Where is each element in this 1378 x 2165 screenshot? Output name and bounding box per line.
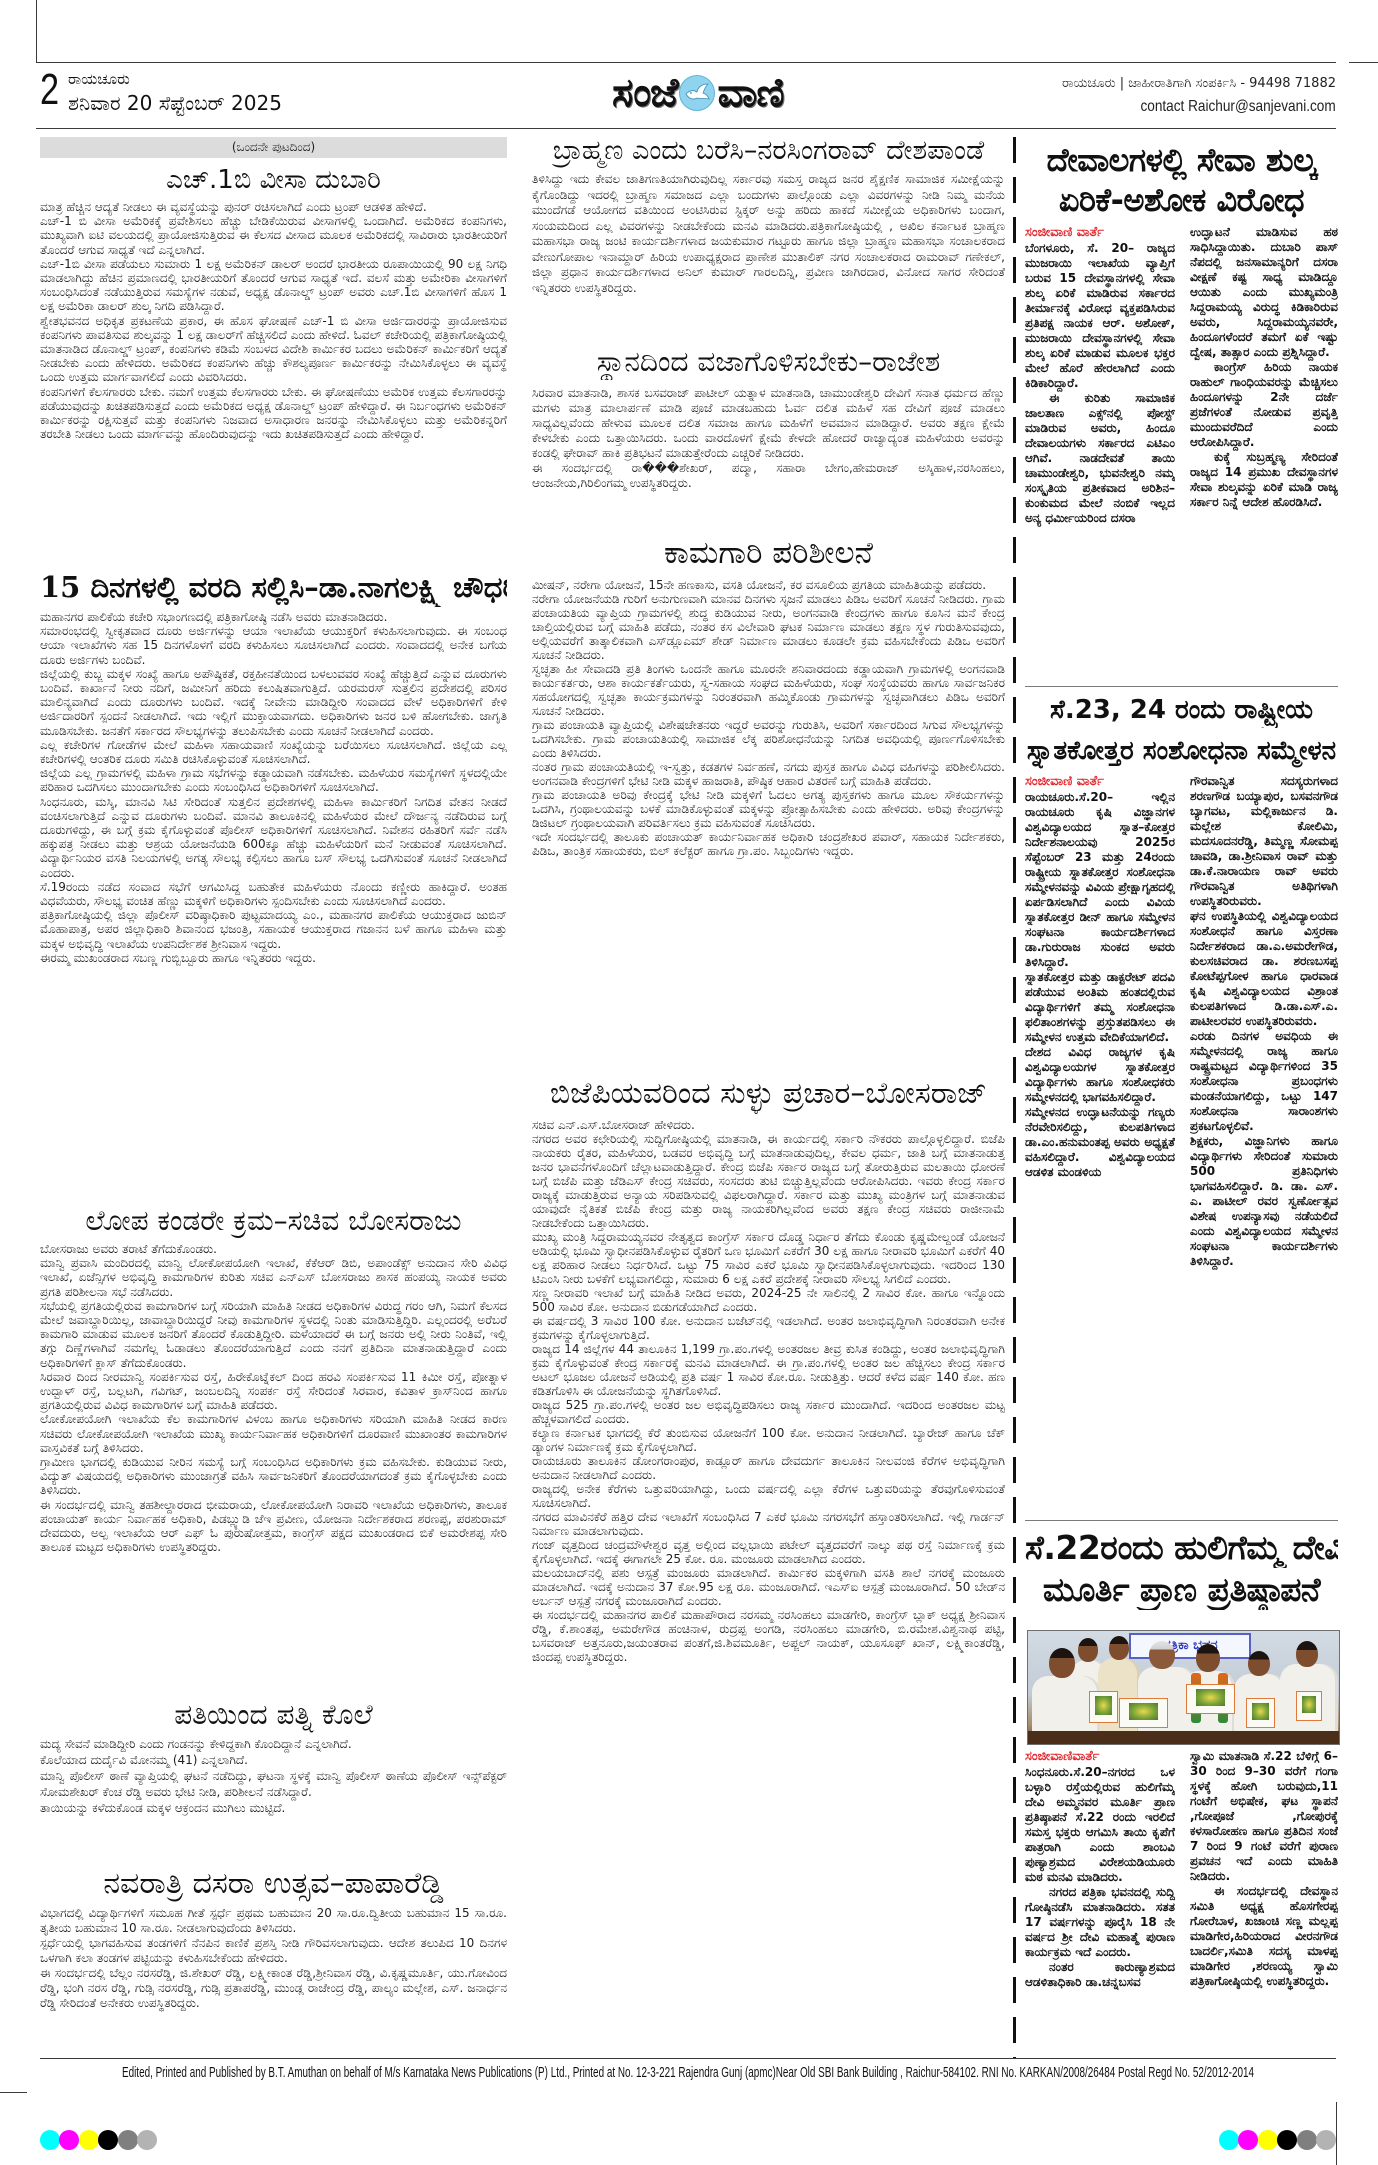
paragraph: ನಗರದ ಪತ್ರಿಕಾ ಭವನದಲ್ಲಿ ಸುದ್ದಿ ಗೋಷ್ಠಿನಡೆಸಿ…	[1025, 1885, 1175, 1960]
paragraph: ರಾಜ್ಯದ 14 ಜಿಲ್ಲೆಗಳ 44 ತಾಲೂಕಿನ 1,199 ಗ್ರಾ…	[532, 1342, 1005, 1398]
article-body-col-2: ಉದ್ಘಾಟನೆ ಮಾಡಿಸುವ ಹಠ ಸಾಧಿಸಿದ್ದಾಯಿತು. ದುಬಾ…	[1190, 225, 1338, 671]
top-rule	[36, 62, 1336, 63]
poster	[1089, 1691, 1118, 1723]
paragraph: ಕಲ್ಯಾಣ ಕರ್ನಾಟಕ ಭಾಗದಲ್ಲಿ ಕೆರೆ ತುಂಬಿಸುವ ಯೋ…	[532, 1426, 1005, 1454]
registration-dot-gray	[118, 2130, 138, 2150]
paragraph: ಮಾನ್ವಿ ಪ್ರವಾಸಿ ಮಂದಿರದಲ್ಲಿ ಮಾನ್ವಿ ಲೋಕೋಪಯೋ…	[40, 1256, 507, 1299]
registration-dot-black	[98, 2130, 118, 2150]
continued-from-page-one-bar: (ಒಂದನೇ ಪುಟದಿಂದ)	[40, 137, 507, 158]
paragraph: ಕಂಪನಿಗಳಿಗೆ ಕೆಲಸಗಾರರು ಬೇಕು. ನಮಗೆ ಉತ್ತಮ ಕೆ…	[40, 385, 507, 442]
paragraph: ಈ ಸಂದರ್ಭದಲ್ಲಿ ರಾ���ಶೇಖರ್, ಪದ್ಮಾ, ಸಹಾರಾ ಬ…	[532, 461, 1005, 491]
paragraph: ಸ್ನಾತಕೋತ್ತರ ಮತ್ತು ಡಾಕ್ಟರೇಟ್ ಪದವಿ ಪಡೆಯುವ …	[1025, 970, 1175, 1045]
article-headline-line-2: ಸ್ನಾತಕೋತ್ತರ ಸಂಶೋಧನಾ ಸಮ್ಮೇಳನ	[1025, 733, 1338, 769]
registration-dot-cyan	[1219, 2130, 1239, 2150]
paragraph: ವಿಭಾಗದಲ್ಲಿ ವಿದ್ಯಾರ್ಥಿಗಳಿಗೆ ಸಮೂಹ ಗೀತೆ ಸ್ಪ…	[40, 1906, 507, 1936]
section-divider	[1025, 1520, 1338, 1521]
paragraph: ಕೊಲೆಯಾದ ದುರ್ದೈವಿ ಮೋನಮ್ಮ (41) ಎನ್ನಲಾಗಿದೆ.	[40, 1752, 507, 1768]
paragraph: ನಂತರ ಗ್ರಾಮ ಪಂಚಾಯತಿಯಲ್ಲಿ ಇ-ಸ್ವತ್ತು, ಕಡತಗಳ…	[532, 760, 1005, 788]
paragraph: ತಾಯಿಯನ್ನು ಕಳೆದುಕೊಂಡ ಮಕ್ಕಳ ಆಕ್ರಂದನ ಮುಗಿಲು…	[40, 1800, 507, 1816]
article-headline: ಎಚ್.1ಬಿ ವೀಸಾ ದುಬಾರಿ	[40, 163, 507, 197]
person-head	[1296, 1641, 1318, 1667]
paragraph: ಮದ್ಯ ಸೇವನೆ ಮಾಡಿದ್ದೀರಿ ಎಂದು ಗಂಡನನ್ನು ಕೇಳಿ…	[40, 1736, 507, 1752]
table	[1028, 1731, 1339, 1744]
paragraph: ಸಿಂಧನೂರು.ಸೆ.20–ನಗರದ ಒಳ ಬಳ್ಳಾರಿ ರಸ್ತೆಯಲ್ಲ…	[1025, 1765, 1175, 1885]
crop-mark-top-right	[1349, 62, 1378, 63]
article-headline: ಬ್ರಾಹ್ಮಣ ಎಂದು ಬರೆಸಿ–ನರಸಿಂಗರಾವ್ ದೇಶಪಾಂಡೆ	[532, 134, 1005, 168]
paragraph: ಗ್ರಾಮೀಣ ಭಾಗದಲ್ಲಿ ಕುಡಿಯುವ ನೀರಿನ ಸಮಸ್ಯೆ ಬಗ…	[40, 1455, 507, 1498]
paragraph: ನಗರದ ಅವರ ಕಛೇರಿಯಲ್ಲಿ ಸುದ್ದಿಗೋಷ್ಠಿಯಲ್ಲಿ ಮಾ…	[532, 1132, 1005, 1230]
column-divider	[1013, 137, 1016, 2058]
paragraph: ಸಚಿವ ಎನ್.ಎಸ್.ಬೋಸರಾಜ್ ಹೇಳಿದರು.	[532, 1118, 1005, 1132]
dove-icon	[679, 75, 715, 111]
section-divider	[1025, 686, 1338, 687]
article-headline: 15 ದಿನಗಳಲ್ಲಿ ವರದಿ ಸಲ್ಲಿಸಿ–ಡಾ.ನಾಗಲಕ್ಷ್ಮಿ …	[40, 567, 507, 607]
article-body-col-1: ಬೆಂಗಳೂರು, ಸೆ. 20– ರಾಜ್ಯದ ಮುಜರಾಯಿ ಇಲಾಖೆಯ …	[1025, 241, 1175, 671]
photo-sign: ಪತ್ರಿಕಾ ಭವನ	[1129, 1633, 1251, 1659]
article-headline-line-1: ಸೆ.22ರಂದು ಹುಲಿಗೆಮ್ಮ ದೇವಿ	[1025, 1528, 1338, 1568]
article-body-col-2: ಗೌರವಾನ್ವಿತ ಸದಸ್ಯರುಗಳಾದ ಶರಣಗೌಡ ಬಯ್ಯಾಪುರ, …	[1190, 774, 1338, 1513]
crop-mark-bottom-right	[1336, 2102, 1337, 2165]
paragraph: ಗೌರವಾನ್ವಿತ ಸದಸ್ಯರುಗಳಾದ ಶರಣಗೌಡ ಬಯ್ಯಾಪುರ, …	[1190, 774, 1338, 909]
registration-dot-yellow	[1258, 2130, 1278, 2150]
header-city: ರಾಯಚೂರು	[68, 70, 130, 88]
paragraph: ಸೆ.19ರಂದು ನಡೆದ ಸಂವಾದ ಸಭೆಗೆ ಆಗಮಿಸಿದ್ದ ಬಹು…	[40, 880, 507, 908]
byline: ಸಂಜೀವಾಣಿವಾರ್ತೆ	[1025, 1749, 1099, 1764]
article-body-col-1: ರಾಯಚೂರು.ಸೆ.20– ಇಲ್ಲಿನ ರಾಯಚೂರು ಕೃಷಿ ವಿಜ್ಞ…	[1025, 790, 1175, 1513]
article-headline: ಲೋಪ ಕಂಡರೇ ಕ್ರಮ–ಸಚಿವ ಬೋಸರಾಜು	[40, 1203, 507, 1239]
paragraph: ಮಹಾನಗರ ಪಾಲಿಕೆಯ ಕಚೇರಿ ಸಭಾಂಗಣದಲ್ಲಿ ಪತ್ರಿಕಾ…	[40, 610, 507, 624]
paragraph: ರಾಯಚೂರು.ಸೆ.20– ಇಲ್ಲಿನ ರಾಯಚೂರು ಕೃಷಿ ವಿಜ್ಞ…	[1025, 790, 1175, 970]
footer-rule	[40, 2058, 1336, 2059]
news-photo: ಪತ್ರಿಕಾ ಭವನ	[1027, 1630, 1340, 1745]
paragraph: ಸ್ವಚ್ಛತಾ ಹೀ ಸೇವಾದಡಿ ಪ್ರತಿ ತಿಂಗಳು ಒಂದನೇ ಹ…	[532, 662, 1005, 718]
paragraph: ಇದೇ ಸಂದರ್ಭದಲ್ಲಿ ತಾಲೂಕು ಪಂಚಾಯತ್ ಕಾರ್ಯನಿರ್…	[532, 830, 1005, 858]
paragraph: ಸ್ವಾಮಿ ಮಾತನಾಡಿ ಸೆ.22 ಬೆಳಿಗ್ಗೆ 6–30 ರಿಂದ …	[1190, 1749, 1338, 1884]
paragraph: ಎಲ್ಲ ಕಚೇರಿಗಳ ಗೋಡೆಗಳ ಮೇಲೆ ಮಹಿಳಾ ಸಹಾಯವಾಣಿ …	[40, 738, 507, 766]
paragraph: ಈ ಕುರಿತು ಸಾಮಾಜಿಕ ಜಾಲತಾಣ ಎಕ್ಸ್‌ನಲ್ಲಿ ಪೋಸ್…	[1025, 391, 1175, 526]
logo-text-left: ಸಂಜೆ	[612, 68, 677, 118]
paragraph: ಬೆಂಗಳೂರು, ಸೆ. 20– ರಾಜ್ಯದ ಮುಜರಾಯಿ ಇಲಾಖೆಯ …	[1025, 241, 1175, 391]
logo-text-right: ವಾಣಿ	[717, 68, 783, 118]
paragraph: ಮಲಯಬಾದ್‌ನಲ್ಲಿ ಪಶು ಆಸ್ಪತ್ರೆ ಮಂಜೂರು ಮಾಡಲಾಗ…	[532, 1566, 1005, 1608]
person-head	[1196, 1644, 1220, 1672]
article-headline: ಪತಿಯಿಂದ ಪತ್ನಿ ಕೊಲೆ	[40, 1697, 507, 1733]
contact-line: ರಾಯಚೂರು | ಜಾಹೀರಾತಿಗಾಗಿ ಸಂಪರ್ಕಿಸಿ - 94498…	[1062, 76, 1336, 92]
poster	[1296, 1691, 1322, 1721]
paragraph: ಸಭೆಯಲ್ಲಿ ಪ್ರಗತಿಯಲ್ಲಿರುವ ಕಾಮಗಾರಿಗಳ ಬಗ್ಗೆ …	[40, 1299, 507, 1370]
contact-email: contact Raichur@sanjevani.com	[1141, 97, 1336, 117]
paragraph: ಘನ ಉಪಸ್ಥಿತಿಯಲ್ಲಿ ವಿಶ್ವವಿದ್ಯಾಲಯದ ಸಂಶೋಧನೆ …	[1190, 909, 1338, 1029]
article-headline-line-1: ದೇವಾಲಗಳಲ್ಲಿ ಸೇವಾ ಶುಲ್ಕ	[1025, 140, 1338, 180]
paragraph: ಈ ಸಂದರ್ಭದಲ್ಲಿ ದೇವಸ್ಥಾನ ಸಮಿತಿ ಅಧ್ಯಕ್ಷ ಹೊಸ…	[1190, 1884, 1338, 1989]
page-number: 2	[40, 66, 59, 114]
poster	[1246, 1698, 1275, 1728]
paragraph: ಜಿಲ್ಲೆಯಲ್ಲಿ ಕುಬ್ಜ ಮಕ್ಕಳ ಸಂಖ್ಯೆ ಹಾಗೂ ಅಪೌಷ…	[40, 667, 507, 738]
paragraph: ಎಚ್-1 ಬಿ ವೀಸಾ ಅಮೆರಿಕಕ್ಕೆ ಪ್ರವೇಶಿಸಲು ಹೆಚ್…	[40, 214, 507, 257]
paragraph: ಮೀಷನ್, ನರೇಗಾ ಯೋಜನೆ, 15ನೇ ಹಣಕಾಸು, ವಸತಿ ಯೋ…	[532, 578, 1005, 592]
article-headline-line-2: ಏರಿಕೆ-ಅಶೋಕ ವಿರೋಧ	[1025, 180, 1338, 220]
registration-dot-cyan	[40, 2130, 60, 2150]
paragraph: ಎರಡು ದಿನಗಳ ಅವಧಿಯ ಈ ಸಮ್ಮೇಳನದಲ್ಲಿ ರಾಜ್ಯ ಹಾ…	[1190, 1029, 1338, 1134]
article-body: ವಿಭಾಗದಲ್ಲಿ ವಿದ್ಯಾರ್ಥಿಗಳಿಗೆ ಸಮೂಹ ಗೀತೆ ಸ್ಪ…	[40, 1906, 507, 2051]
paragraph: ನರೇಗಾ ಯೋಜನೆಯಡಿ ಗುರಿಗೆ ಅನುಗುಣವಾಗಿ ಮಾನವ ದಿ…	[532, 592, 1005, 662]
masthead-logo: ಸಂಜೆ ವಾಣಿ	[612, 66, 784, 120]
article-headline: ಕಾಮಗಾರಿ ಪರಿಶೀಲನೆ	[532, 533, 1005, 573]
newspaper-page: 2 ರಾಯಚೂರು ಶನಿವಾರ 20 ಸೆಪ್ಟೆಂಬರ್ 2025 ಸಂಜೆ…	[0, 0, 1378, 2165]
paragraph: ಸಿಂಧನೂರು, ಮಸ್ಕಿ, ಮಾನವಿ ಸಿಟಿ ಸೇರಿದಂತೆ ಸುತ…	[40, 795, 507, 880]
byline: ಸಂಜೀವಾಣಿ ವಾರ್ತೆ	[1025, 774, 1104, 789]
paragraph: ಈ ಸಂದರ್ಭದಲ್ಲಿ ಮಾನ್ವಿ ತಹಶೀಲ್ದಾರರಾದ ಭೀಮರಾಯ…	[40, 1498, 507, 1555]
paragraph: ಗ್ರಾಮ ಪಂಚಾಯತಿ ವ್ಯಾಪ್ತಿಯಲ್ಲಿ ವಿಶೇಷಚೇತನರು …	[532, 718, 1005, 760]
article-body: ತಿಳಿಸಿದ್ದು ಇದು ಕೇವಲ ಜಾತಿಗಣತಿಯಾಗಿರುವುದಿಲ್…	[532, 172, 1005, 340]
person-head	[1049, 1648, 1075, 1678]
article-headline-line-2: ಮೂರ್ತಿ ಪ್ರಾಣ ಪ್ರತಿಷ್ಠಾಪನೆ	[1025, 1570, 1338, 1610]
paragraph: ಸಮಾರಂಭದಲ್ಲಿ ಸ್ವೀಕೃತವಾದ ದೂರು ಅರ್ಜಿಗಳನ್ನು …	[40, 624, 507, 667]
registration-marks-right	[1219, 2130, 1335, 2150]
article-headline: ನವರಾತ್ರಿ ದಸರಾ ಉತ್ಸವ–ಪಾಪಾರೆಡ್ಡಿ	[40, 1864, 507, 1904]
person-head	[1109, 1636, 1129, 1660]
article-body-col-1: ಸಿಂಧನೂರು.ಸೆ.20–ನಗರದ ಒಳ ಬಳ್ಳಾರಿ ರಸ್ತೆಯಲ್ಲ…	[1025, 1765, 1175, 2052]
paragraph: ಸಿರವಾರ ದಿಂದ ನೀರಮಾನ್ವಿ ಸಂಪರ್ಕಿಸುವ ರಸ್ತೆ, …	[40, 1370, 507, 1413]
person-head	[1248, 1651, 1270, 1676]
paragraph: ಪತ್ರಿಕಾಗೋಷ್ಠಿಯಲ್ಲಿ ಜಿಲ್ಲಾ ಪೊಲೀಸ್ ವರಿಷ್ಠಾ…	[40, 908, 507, 951]
person-head	[1149, 1641, 1175, 1669]
paragraph: ನಗರದ ಮಾವಿನಕೆರೆ ಹತ್ತಿರ ದೇವ ಇಲಾಖೆಗೆ ಸಂಬಂಧಿ…	[532, 1510, 1005, 1538]
paragraph: ರಾಯಚೂರು ತಾಲೂಕಿನ ಡೋಂಗರಾಂಪುರ, ಕಾಡ್ಲೂರ್ ಹಾಗ…	[532, 1454, 1005, 1482]
paragraph: ತಿಳಿಸಿದ್ದು ಇದು ಕೇವಲ ಜಾತಿಗಣತಿಯಾಗಿರುವುದಿಲ್…	[532, 172, 1005, 296]
article-headline: ಸ್ಥಾನದಿಂದ ವಜಾಗೊಳಿಸಬೇಕು–ರಾಜೇಶ	[532, 344, 1005, 380]
person-head	[1078, 1638, 1098, 1662]
paragraph: ಮಾತ್ರ ಹೆಚ್ಚಿನ ಆದ್ಯತೆ ನೀಡಲು ಈ ವ್ಯವಸ್ಥೆಯನ್…	[40, 200, 507, 214]
paragraph: ಗಂಜ್ ವೃತ್ತದಿಂದ ಚಂದ್ರಮೌಳೇಶ್ವರ ವೃತ್ತ ಅಲ್ಲಿ…	[532, 1538, 1005, 1566]
poster	[1186, 1684, 1235, 1714]
paragraph: ಉದ್ಘಾಟನೆ ಮಾಡಿಸುವ ಹಠ ಸಾಧಿಸಿದ್ದಾಯಿತು. ದುಬಾ…	[1190, 225, 1338, 360]
crop-mark-bottom-left	[0, 2092, 27, 2093]
crop-mark-top-left	[36, 0, 37, 62]
paragraph: ಕುಕ್ಕೆ ಸುಬ್ರಹ್ಮಣ್ಯ ಸೇರಿದಂತೆ ರಾಜ್ಯದ 14 ಪ್…	[1190, 450, 1338, 510]
paragraph: ಸಿರವಾರ ಮಾತನಾಡಿ, ಶಾಸಕ ಬಸವರಾಜ್ ಪಾಟೀಲ್ ಯತ್ನ…	[532, 386, 1005, 461]
paragraph: ಶಿಕ್ಷಕರು, ವಿಜ್ಞಾನಿಗಳು ಹಾಗೂ ವಿದ್ಯಾರ್ಥಿಗಳು…	[1190, 1134, 1338, 1269]
paragraph: ನಂತರ ಕಾರುಣ್ಯಾಶ್ರಮದ ಆಡಳಿತಾಧಿಕಾರಿ ಡಾ.ಚನ್ನಬ…	[1025, 1960, 1175, 1990]
article-body: ಬೋಸರಾಜು ಅವರು ತರಾಟೆ ತೆಗೆದುಕೊಂಡರು. ಮಾನ್ವಿ …	[40, 1242, 507, 1692]
article-headline: ಬಿಜೆಪಿಯವರಿಂದ ಸುಳ್ಳು ಪ್ರಚಾರ–ಬೋಸರಾಜ್	[532, 1074, 1005, 1114]
registration-dot-gray	[1297, 2130, 1317, 2150]
paragraph: ಜಿಲ್ಲೆಯ ಎಲ್ಲ ಗ್ರಾಮಗಳಲ್ಲಿ ಮಹಿಳಾ ಗ್ರಾಮ ಸಭೆ…	[40, 766, 507, 794]
byline: ಸಂಜೀವಾಣಿ ವಾರ್ತೆ	[1025, 225, 1104, 240]
article-body: ಮಾತ್ರ ಹೆಚ್ಚಿನ ಆದ್ಯತೆ ನೀಡಲು ಈ ವ್ಯವಸ್ಥೆಯನ್…	[40, 200, 507, 566]
paragraph: ಎಚ್-1ಬಿ ವೀಸಾ ಪಡೆಯಲು ಸುಮಾರು 1 ಲಕ್ಷ ಅಮೆರಿಕ…	[40, 257, 507, 314]
paragraph: ರಾಜ್ಯದಲ್ಲಿ ಅನೇಕ ಕೆರೆಗಳು ಒತ್ತುವರಿಯಾಗಿದ್ದು…	[532, 1482, 1005, 1510]
registration-dot-light-gray	[137, 2130, 157, 2150]
paragraph: ಗ್ರಾಮ ಪಂಚಾಯತಿ ಅರಿವು ಕೇಂದ್ರಕ್ಕೆ ಭೇಟಿ ನೀಡಿ…	[532, 788, 1005, 830]
article-body: ಸಚಿವ ಎನ್.ಎಸ್.ಬೋಸರಾಜ್ ಹೇಳಿದರು. ನಗರದ ಅವರ ಕ…	[532, 1118, 1005, 2051]
paragraph: ಕಾಂಗ್ರೆಸ್ ಹಿರಿಯ ನಾಯಕ ರಾಹುಲ್ ಗಾಂಧಿಯವರನ್ನು…	[1190, 360, 1338, 450]
registration-dot-black	[1277, 2130, 1297, 2150]
paragraph: ಮುಖ್ಯ ಮಂತ್ರಿ ಸಿದ್ದರಾಮಯ್ಯನವರ ನೇತೃತ್ವದ ಕಾಂ…	[532, 1230, 1005, 1286]
paragraph: ಈ ಸಂದರ್ಭದಲ್ಲಿ ಮಹಾನಗರ ಪಾಲಿಕೆ ಮಹಾಪೌರಾದ ನರಸ…	[532, 1608, 1005, 1664]
paragraph: ಸ್ಪರ್ಧೆಯಲ್ಲಿ ಭಾಗವಹಿಸುವ ತಂಡಗಳಿಗೆ ನೆನಪಿನ ಕ…	[40, 1936, 507, 1966]
paragraph: ಸಣ್ಣ ನೀರಾವರಿ ಇಲಾಖೆ ಬಗ್ಗೆ ಮಾಹಿತಿ ನೀಡಿದ ಅವ…	[532, 1286, 1005, 1314]
article-body: ಮೀಷನ್, ನರೇಗಾ ಯೋಜನೆ, 15ನೇ ಹಣಕಾಸು, ವಸತಿ ಯೋ…	[532, 578, 1005, 1068]
article-body: ಮದ್ಯ ಸೇವನೆ ಮಾಡಿದ್ದೀರಿ ಎಂದು ಗಂಡನನ್ನು ಕೇಳಿ…	[40, 1736, 507, 1862]
paragraph: ಈ ವರ್ಷದಲ್ಲಿ 3 ಸಾವಿರ 100 ಕೋ. ಅನುದಾನ ಬಜೆಟ್…	[532, 1314, 1005, 1342]
paragraph: ಮಾನ್ವಿ ಪೊಲೀಸ್ ಠಾಣೆ ವ್ಯಾಪ್ತಿಯಲ್ಲಿ ಘಟನೆ ನಡ…	[40, 1768, 507, 1800]
article-headline-line-1: ಸೆ.23, 24 ರಂದು ರಾಷ್ಟ್ರೀಯ	[1025, 692, 1338, 728]
paragraph: ಈರಮ್ಮ ಮುಖಂಡರಾದ ಸಬಣ್ಣ ಗುಬ್ಬಿಬ್ಬೂರು ಹಾಗೂ ಇ…	[40, 951, 507, 965]
paragraph: ಶ್ವೇತಭವನದ ಅಧಿಕೃತ ಪ್ರಕಟಣೆಯ ಪ್ರಕಾರ, ಈ ಹೊಸ …	[40, 314, 507, 385]
header-date: ಶನಿವಾರ 20 ಸೆಪ್ಟೆಂಬರ್ 2025	[68, 90, 282, 116]
paragraph: ಲೋಕೋಪಯೋಗಿ ಇಲಾಖೆಯ ಕೆಲ ಕಾಮಗಾರಿಗಳ ವಿಳಂಬ ಹಾಗ…	[40, 1412, 507, 1455]
paragraph: ಈ ಸಂದರ್ಭದಲ್ಲಿ ಬೆಲ್ಲಂ ನರಸರೆಡ್ಡಿ, ಜಿ.ಶೇಖರ್…	[40, 1966, 507, 2011]
registration-dot-yellow	[79, 2130, 99, 2150]
registration-dot-magenta	[59, 2130, 79, 2150]
article-body: ಸಿರವಾರ ಮಾತನಾಡಿ, ಶಾಸಕ ಬಸವರಾಜ್ ಪಾಟೀಲ್ ಯತ್ನ…	[532, 386, 1005, 524]
paragraph: ರಾಜ್ಯದ 525 ಗ್ರಾ.ಪಂ.ಗಳಲ್ಲಿ ಅಂತರ ಜಲ ಅಭಿವೃದ…	[532, 1398, 1005, 1426]
article-body-col-2: ಸ್ವಾಮಿ ಮಾತನಾಡಿ ಸೆ.22 ಬೆಳಿಗ್ಗೆ 6–30 ರಿಂದ …	[1190, 1749, 1338, 2052]
registration-dot-magenta	[1238, 2130, 1258, 2150]
registration-dot-light-gray	[1316, 2130, 1336, 2150]
paragraph: ದೇಶದ ವಿವಿಧ ರಾಜ್ಯಗಳ ಕೃಷಿ ವಿಶ್ವವಿದ್ಯಾಲಯಗಳ …	[1025, 1045, 1175, 1105]
registration-marks-left	[40, 2130, 156, 2150]
paragraph: ಬೋಸರಾಜು ಅವರು ತರಾಟೆ ತೆಗೆದುಕೊಂಡರು.	[40, 1242, 507, 1256]
header-bottom-rule	[36, 128, 1336, 129]
paragraph: ಸಮ್ಮೇಳನದ ಉದ್ಘಾಟನೆಯನ್ನು ಗಣ್ಯರು ನೆರವೇರಿಸಲಿ…	[1025, 1105, 1175, 1180]
poster	[1119, 1698, 1168, 1728]
article-body: ಮಹಾನಗರ ಪಾಲಿಕೆಯ ಕಚೇರಿ ಸಭಾಂಗಣದಲ್ಲಿ ಪತ್ರಿಕಾ…	[40, 610, 507, 1200]
footer-imprint: Edited, Printed and Published by B.T. Am…	[122, 2064, 1254, 2082]
